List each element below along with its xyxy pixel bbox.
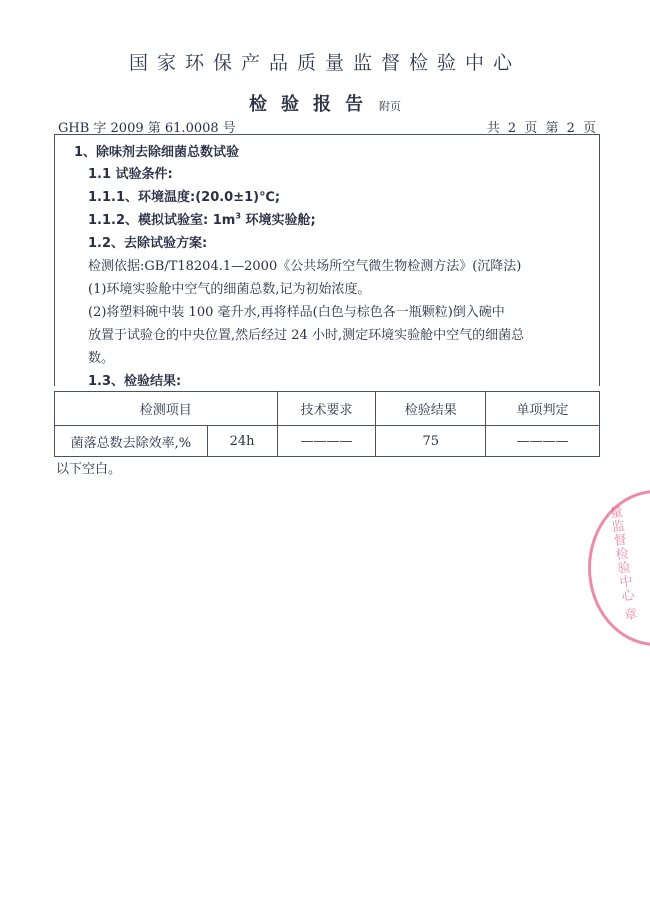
test-plan-heading: 1.2、去除试验方案:: [88, 232, 207, 251]
header-result: 检验结果: [376, 392, 486, 426]
cell-requirement: ————: [277, 426, 376, 457]
table-header-row: 检测项目 技术要求 检验结果 单项判定: [55, 392, 600, 426]
temperature-condition: 1.1.1、环境温度:(20.0±1)℃;: [88, 186, 280, 205]
cell-result: 75: [376, 426, 486, 457]
step-2-line-1: (2)将塑料碗中装 100 毫升水,再将样品(白色与棕色各一瓶颗粒)倒入碗中: [88, 301, 505, 320]
cell-judgement: ————: [486, 426, 600, 457]
chamber-prefix: 1.1.2、模拟试验室: 1m: [88, 213, 235, 228]
results-heading: 1.3、检验结果:: [88, 370, 181, 389]
header-test-item: 检测项目: [55, 392, 278, 426]
header-requirement: 技术要求: [277, 392, 376, 426]
step-2-line-3: 数。: [88, 347, 114, 366]
chamber-suffix: 环境实验舱;: [241, 213, 316, 228]
report-title: 检验报告附页: [0, 90, 650, 116]
step-2-line-2: 放置于试验仓的中央位置,然后经过 24 小时,测定环境实验舱中空气的细菌总: [88, 324, 524, 343]
step-1: (1)环境实验舱中空气的细菌总数,记为初始浓度。: [88, 278, 371, 297]
test-basis: 检测依据:GB/T18204.1—2000《公共场所空气微生物检测方法》(沉降法…: [88, 255, 521, 274]
results-table: 检测项目 技术要求 检验结果 单项判定 菌落总数去除效率,% 24h ———— …: [54, 391, 600, 457]
report-title-text: 检验报告: [249, 94, 377, 115]
table-row: 菌落总数去除效率,% 24h ———— 75 ————: [55, 426, 600, 457]
cell-item: 菌落总数去除效率,%: [55, 426, 208, 457]
cell-duration: 24h: [207, 426, 277, 457]
organization-title: 国家环保产品质量监督检验中心: [0, 48, 650, 75]
chamber-condition: 1.1.2、模拟试验室: 1m3 环境实验舱;: [88, 209, 316, 228]
test-conditions-heading: 1.1 试验条件:: [88, 163, 173, 182]
header-judgement: 单项判定: [486, 392, 600, 426]
blank-note: 以下空白。: [56, 458, 121, 477]
section-title: 1、除味剂去除细菌总数试验: [74, 141, 239, 160]
report-subtitle: 附页: [379, 100, 401, 113]
